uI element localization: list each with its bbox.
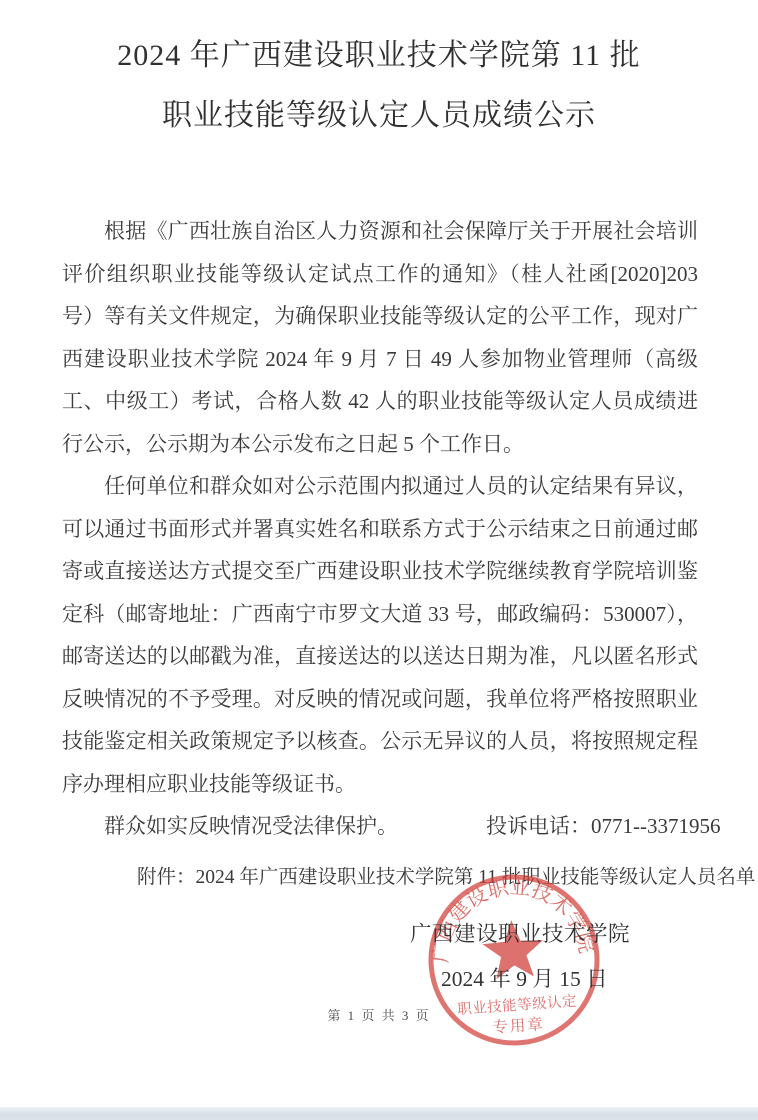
- legal-and-phone-line: 群众如实反映情况受法律保护。投诉电话：0771--3371956: [62, 805, 698, 848]
- title-line-2: 职业技能等级认定人员成绩公示: [0, 86, 758, 146]
- legal-notice-text: 群众如实反映情况受法律保护。: [104, 814, 398, 838]
- complaint-phone-text: 投诉电话：0771--3371956: [486, 814, 721, 838]
- signature-org-name: 广西建设职业技术学院: [410, 917, 630, 948]
- stamp-center-line1: 职业技能等级认定: [457, 993, 578, 1018]
- paragraph-objection-procedure: 任何单位和群众如对公示范围内拟通过人员的认定结果有异议，可以通过书面形式并署真实…: [62, 465, 698, 805]
- stamp-center-line2: 专用章: [492, 1014, 546, 1037]
- document-page: 2024 年广西建设职业技术学院第 11 批 职业技能等级认定人员成绩公示 根据…: [0, 0, 758, 1120]
- page-bottom-edge: [0, 1107, 758, 1120]
- document-body: 根据《广西壮族自治区人力资源和社会保障厅关于开展社会培训评价组织职业技能等级认定…: [62, 210, 698, 893]
- official-seal-stamp: 广西建设职业技术学院 职业技能等级认定 专用章: [420, 866, 608, 1054]
- title-line-1: 2024 年广西建设职业技术学院第 11 批: [0, 26, 758, 86]
- page-number-indicator: 第 1 页 共 3 页: [0, 1005, 758, 1024]
- paragraph-basis: 根据《广西壮族自治区人力资源和社会保障厅关于开展社会培训评价组织职业技能等级认定…: [62, 210, 698, 465]
- attachment-line: 附件：2024 年广西建设职业技术学院第 11 批职业技能等级认定人员名单: [137, 863, 698, 893]
- signature-date: 2024 年 9 月 15 日: [441, 962, 608, 993]
- document-title: 2024 年广西建设职业技术学院第 11 批 职业技能等级认定人员成绩公示: [0, 0, 758, 146]
